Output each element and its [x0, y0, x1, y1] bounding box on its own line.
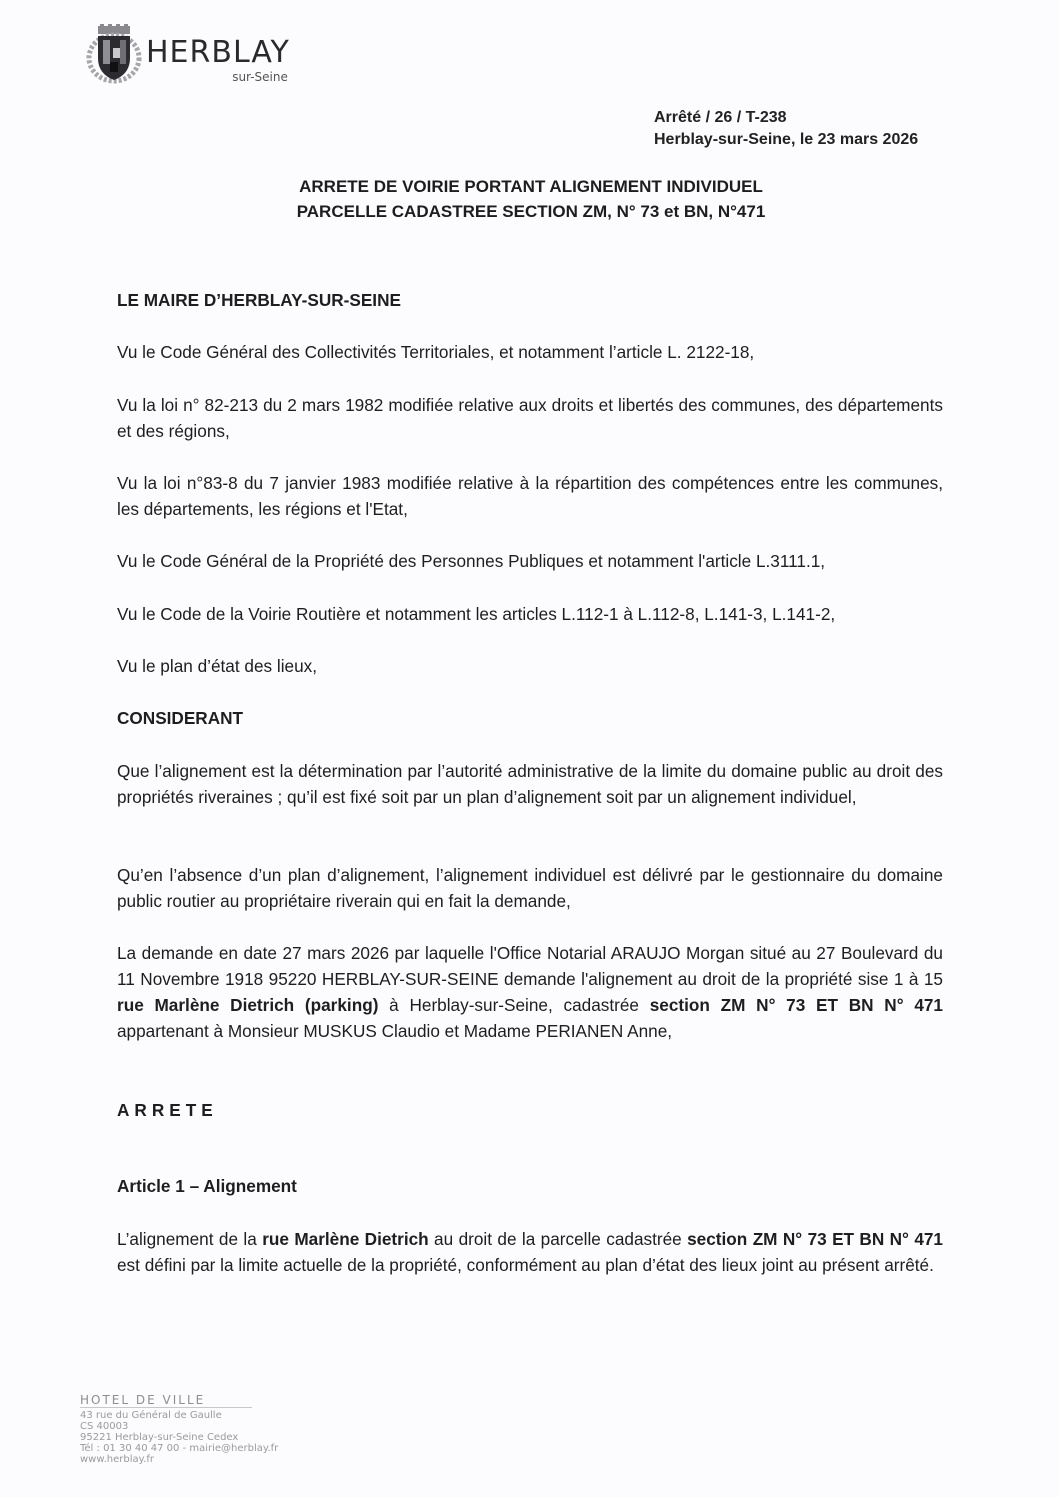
parcel-reference: section ZM N° 73 ET BN N° 471 — [650, 995, 943, 1015]
visa-paragraph: Vu le Code Général de la Propriété des P… — [117, 548, 943, 574]
logo-subtitle: sur-Seine — [232, 70, 288, 84]
footer-city: 95221 Herblay-sur-Seine Cedex — [80, 1432, 278, 1443]
visa-paragraph: Vu la loi n°83-8 du 7 janvier 1983 modif… — [117, 470, 943, 522]
footer-title: HOTEL DE VILLE — [80, 1395, 252, 1408]
article-text: est défini par la limite actuelle de la … — [117, 1255, 934, 1275]
visa-paragraph: Vu le Code Général des Collectivités Ter… — [117, 339, 943, 365]
visa-paragraph: Vu le plan d’état des lieux, — [117, 653, 943, 679]
document-title: ARRETE DE VOIRIE PORTANT ALIGNEMENT INDI… — [0, 174, 1058, 224]
footer-website: www.herblay.fr — [80, 1454, 278, 1465]
title-line-1: ARRETE DE VOIRIE PORTANT ALIGNEMENT INDI… — [4, 174, 1058, 199]
considerant-paragraph: Que l’alignement est la détermination pa… — [117, 758, 943, 810]
request-text: à Herblay-sur-Seine, cadastrée — [378, 995, 649, 1015]
visa-paragraph: Vu la loi n° 82-213 du 2 mars 1982 modif… — [117, 392, 943, 444]
decree-place-date: Herblay-sur-Seine, le 23 mars 2026 — [654, 129, 918, 151]
city-hall-footer: HOTEL DE VILLE 43 rue du Général de Gaul… — [80, 1395, 278, 1465]
request-text: La demande en date 27 mars 2026 par laqu… — [117, 943, 943, 989]
visa-paragraph: Vu le Code de la Voirie Routière et nota… — [117, 601, 943, 627]
decree-number: Arrêté / 26 / T-238 — [654, 107, 918, 129]
street-name: rue Marlène Dietrich (parking) — [117, 995, 378, 1015]
request-text: appartenant à Monsieur MUSKUS Claudio et… — [117, 1021, 672, 1041]
authority-heading: LE MAIRE D’HERBLAY-SUR-SEINE — [117, 287, 401, 313]
document-page: HERBLAY sur-Seine Arrêté / 26 / T-238 He… — [0, 0, 1058, 1497]
city-logo: HERBLAY sur-Seine — [86, 24, 290, 84]
title-line-2: PARCELLE CADASTREE SECTION ZM, N° 73 et … — [4, 199, 1058, 224]
decree-reference: Arrêté / 26 / T-238 Herblay-sur-Seine, l… — [654, 107, 918, 151]
footer-address: 43 rue du Général de Gaulle — [80, 1410, 278, 1421]
article-text: L’alignement de la — [117, 1229, 262, 1249]
article-text: au droit de la parcelle cadastrée — [429, 1229, 687, 1249]
footer-contact: Tél : 01 30 40 47 00 - mairie@herblay.fr — [80, 1443, 278, 1454]
footer-cs: CS 40003 — [80, 1421, 278, 1432]
parcel-reference: section ZM N° 73 ET BN N° 471 — [687, 1229, 943, 1249]
arrete-heading: ARRETE — [117, 1097, 218, 1123]
considerant-heading: CONSIDERANT — [117, 705, 243, 731]
city-coat-of-arms-icon — [86, 24, 142, 84]
considerant-paragraph: Qu’en l’absence d’un plan d’alignement, … — [117, 862, 943, 914]
request-paragraph: La demande en date 27 mars 2026 par laqu… — [117, 940, 943, 1044]
article-1-heading: Article 1 – Alignement — [117, 1173, 297, 1199]
article-1-text: L’alignement de la rue Marlène Dietrich … — [117, 1226, 943, 1278]
logo-name: HERBLAY — [146, 38, 290, 68]
street-name: rue Marlène Dietrich — [262, 1229, 428, 1249]
